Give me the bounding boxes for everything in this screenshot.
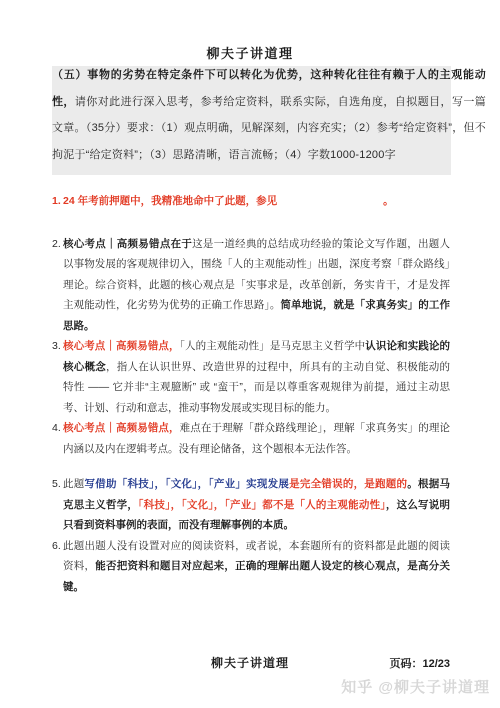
text-segment: 能否把资料和题目对应起来，正确的理解出题人设定的核心观点，是高分关键。	[63, 560, 450, 593]
note-item: 5.此题写借助「科技」，「文化」，「产业」实现发展是完全错误的，是跑题的。根据马…	[52, 474, 450, 536]
text-segment: 「科技」，「文化」，「产业」都不是「人的主观能动性」	[138, 499, 386, 511]
note-number: 2.	[52, 234, 61, 255]
text-segment: 。	[383, 195, 394, 207]
text-segment: 「人的主观能动性」是马克思主义哲学中	[180, 340, 366, 352]
note-item: 6.此题出题人没有设置对应的阅读资料，或者说，本套题所有的资料都是此题的阅读资料…	[52, 536, 450, 598]
text-segment: 核心考点｜高频易错点，	[63, 340, 180, 352]
question-block: （五）事物的劣势在特定条件下可以转化为优势，这种转化往往有赖于人的主观能动性，请…	[52, 62, 486, 168]
text-segment: 是完全错误的，是跑题的	[289, 478, 407, 490]
text-segment: 此题	[63, 478, 85, 490]
text-segment: 写借助「科技」，「文化」，「产业」实现发展	[85, 478, 290, 490]
zhihu-watermark: 知乎 @柳夫子讲道理	[341, 676, 490, 697]
text-segment: 24 年考前押题中，我精准地命中了此题，参见	[63, 195, 277, 207]
notes-list: 1.24 年考前押题中，我精准地命中了此题，参见。2.核心考点｜高频易错点在于这…	[52, 191, 450, 597]
note-number: 5.	[52, 474, 61, 495]
header-title: 柳夫子讲道理	[0, 43, 500, 62]
note-number: 1.	[52, 191, 61, 212]
text-segment: 核心考点｜高频易错点，	[63, 422, 180, 434]
footer-page-number: 页码：12/23	[389, 655, 450, 671]
text-segment: ，指人在认识世界、改造世界的过程中，所具有的主动自觉、积极能动的特性 —— 它并…	[63, 361, 450, 414]
document-page: 柳夫子讲道理 （五）事物的劣势在特定条件下可以转化为优势，这种转化往往有赖于人的…	[0, 0, 500, 708]
text-segment: 请你对此进行深入思考，参考给定资料，联系实际，自选角度，自拟题目，写一篇文章。（…	[52, 96, 486, 161]
note-item: 2.核心考点｜高频易错点在于这是一道经典的总结成功经验的策论文写作题，出题人以事…	[52, 234, 450, 337]
text-segment: 核心考点｜高频易错点在于	[63, 238, 192, 250]
note-number: 6.	[52, 536, 61, 557]
note-number: 3.	[52, 336, 61, 357]
note-item: 3.核心考点｜高频易错点，「人的主观能动性」是马克思主义哲学中认识论和实践论的核…	[52, 336, 450, 418]
note-item: 1.24 年考前押题中，我精准地命中了此题，参见。	[52, 191, 450, 212]
note-number: 4.	[52, 418, 61, 439]
note-item: 4.核心考点｜高频易错点，难点在于理解「群众路线理论」，理解「求真务实」的理论内…	[52, 418, 450, 459]
